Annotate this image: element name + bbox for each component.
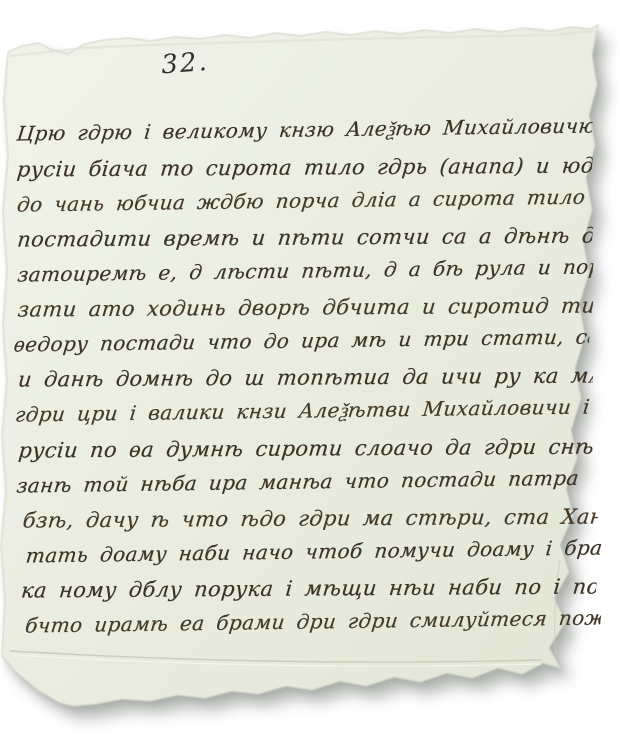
handwriting-line: Црю гдрю і великому кнзю Алеѯѣю Михайлов…: [15, 112, 593, 146]
handwriting-line: бзѣ, дачу ѣ что ѣдо гдри ма стѣри, ста Х…: [21, 503, 599, 533]
handwriting-line: ѳедору постади что до ира мѣ и три стати…: [12, 324, 590, 358]
handwriting-layer: 32. Црю гдрю і великому кнзю Алеѯѣю Миха…: [0, 0, 620, 750]
handwriting-line: постадити времѣ и пѣти сотчи са а дѣнѣ д…: [16, 223, 594, 253]
manuscript-body: Црю гдрю і великому кнзю Алеѯѣю Михайлов…: [0, 0, 618, 2]
handwriting-line: до чань юбчиа ждбю порча дліа а сирота т…: [16, 183, 594, 217]
handwriting-line: русіи по ѳа думнѣ сироти слоачо да гдри …: [17, 434, 595, 464]
handwriting-line: тать доаму наби начо чтоб помучи доаму і…: [25, 534, 603, 568]
manuscript-photo: 32. Црю гдрю і великому кнзю Алеѯѣю Миха…: [0, 0, 620, 750]
page-number: 32.: [160, 47, 209, 80]
handwriting-line: и данѣ домнѣ до ш топѣтиа да ичи ру ка м…: [17, 363, 595, 393]
handwriting-line: бчто ирамѣ еа брами дри гдри смилуйтеся …: [24, 604, 602, 638]
handwriting-line: зати ато ходинь дворѣ дбчита и сиротид т…: [16, 293, 594, 323]
handwriting-line: затоиремѣ е, д лѣсти пѣти, д а бѣ рула и…: [16, 253, 594, 287]
handwriting-line: занѣ той нѣба ира манѣа что постади патр…: [15, 464, 593, 498]
handwriting-line: русіи біача то сирота тило гдрь (анапа) …: [16, 153, 594, 183]
handwriting-line: ка ному дблу порука і мѣщи нѣи наби по і…: [20, 573, 598, 603]
handwriting-line: гдри цри і валики кнзи Алеѯѣтви Михайлов…: [14, 394, 592, 428]
